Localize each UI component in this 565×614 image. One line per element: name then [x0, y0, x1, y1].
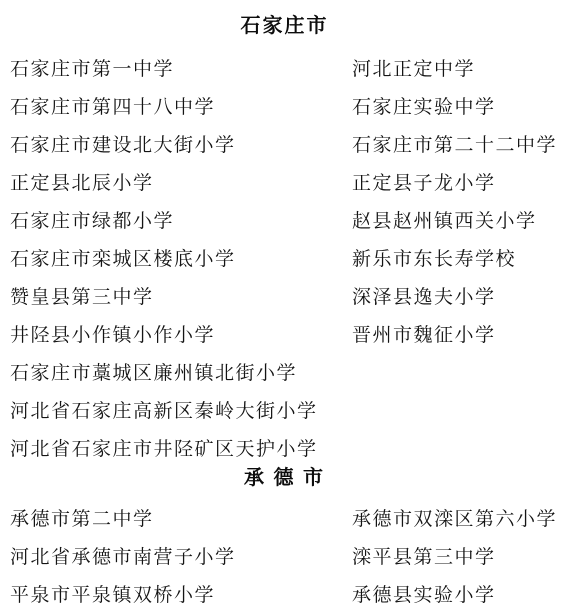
school-name: 深泽县逸夫小学	[352, 282, 559, 309]
school-name: 赞皇县第三中学	[10, 282, 352, 309]
school-name: 石家庄市第四十八中学	[10, 92, 352, 119]
school-name: 河北正定中学	[352, 54, 559, 81]
school-name: 石家庄市第一中学	[10, 54, 352, 81]
school-name: 井陉县小作镇小作小学	[10, 320, 352, 347]
school-name: 石家庄实验中学	[352, 92, 559, 119]
school-name: 承德市第二中学	[10, 504, 352, 531]
school-name: 赵县赵州镇西关小学	[352, 206, 559, 233]
school-name: 正定县北辰小学	[10, 168, 352, 195]
school-row: 河北省石家庄高新区秦岭大街小学	[10, 390, 559, 428]
section-shijiazhuang: 石家庄市 石家庄市第一中学 河北正定中学 石家庄市第四十八中学 石家庄实验中学 …	[10, 14, 559, 466]
section-title-shijiazhuang: 石家庄市	[10, 14, 559, 38]
school-name: 滦平县第三中学	[352, 542, 559, 569]
school-list-shijiazhuang: 石家庄市第一中学 河北正定中学 石家庄市第四十八中学 石家庄实验中学 石家庄市建…	[10, 48, 559, 466]
school-row: 井陉县小作镇小作小学 晋州市魏征小学	[10, 314, 559, 352]
school-name: 平泉市平泉镇双桥小学	[10, 580, 352, 607]
school-name: 石家庄市第二十二中学	[352, 130, 559, 157]
school-name: 石家庄市藁城区廉州镇北街小学	[10, 358, 352, 385]
school-row: 石家庄市第一中学 河北正定中学	[10, 48, 559, 86]
school-row: 赞皇县第三中学 深泽县逸夫小学	[10, 276, 559, 314]
school-row: 石家庄市第四十八中学 石家庄实验中学	[10, 86, 559, 124]
school-name: 石家庄市绿都小学	[10, 206, 352, 233]
school-name: 承德县实验小学	[352, 580, 559, 607]
school-row: 正定县北辰小学 正定县子龙小学	[10, 162, 559, 200]
school-row: 石家庄市藁城区廉州镇北街小学	[10, 352, 559, 390]
school-row: 石家庄市栾城区楼底小学 新乐市东长寿学校	[10, 238, 559, 276]
school-name: 河北省承德市南营子小学	[10, 542, 352, 569]
school-row: 承德市第二中学 承德市双滦区第六小学	[10, 498, 559, 536]
school-name: 承德市双滦区第六小学	[352, 504, 559, 531]
school-name: 石家庄市栾城区楼底小学	[10, 244, 352, 271]
school-name: 正定县子龙小学	[352, 168, 559, 195]
school-name: 石家庄市建设北大街小学	[10, 130, 352, 157]
section-title-chengde: 承 德 市	[10, 466, 559, 490]
school-list-chengde: 承德市第二中学 承德市双滦区第六小学 河北省承德市南营子小学 滦平县第三中学 平…	[10, 498, 559, 612]
school-name: 河北省石家庄市井陉矿区天护小学	[10, 434, 352, 461]
school-row: 石家庄市建设北大街小学 石家庄市第二十二中学	[10, 124, 559, 162]
school-row: 石家庄市绿都小学 赵县赵州镇西关小学	[10, 200, 559, 238]
document-page: 石家庄市 石家庄市第一中学 河北正定中学 石家庄市第四十八中学 石家庄实验中学 …	[0, 0, 565, 614]
school-name: 新乐市东长寿学校	[352, 244, 559, 271]
school-row: 河北省石家庄市井陉矿区天护小学	[10, 428, 559, 466]
school-row: 平泉市平泉镇双桥小学 承德县实验小学	[10, 574, 559, 612]
school-name: 河北省石家庄高新区秦岭大街小学	[10, 396, 352, 423]
school-name: 晋州市魏征小学	[352, 320, 559, 347]
school-row: 河北省承德市南营子小学 滦平县第三中学	[10, 536, 559, 574]
section-chengde: 承 德 市 承德市第二中学 承德市双滦区第六小学 河北省承德市南营子小学 滦平县…	[10, 466, 559, 612]
